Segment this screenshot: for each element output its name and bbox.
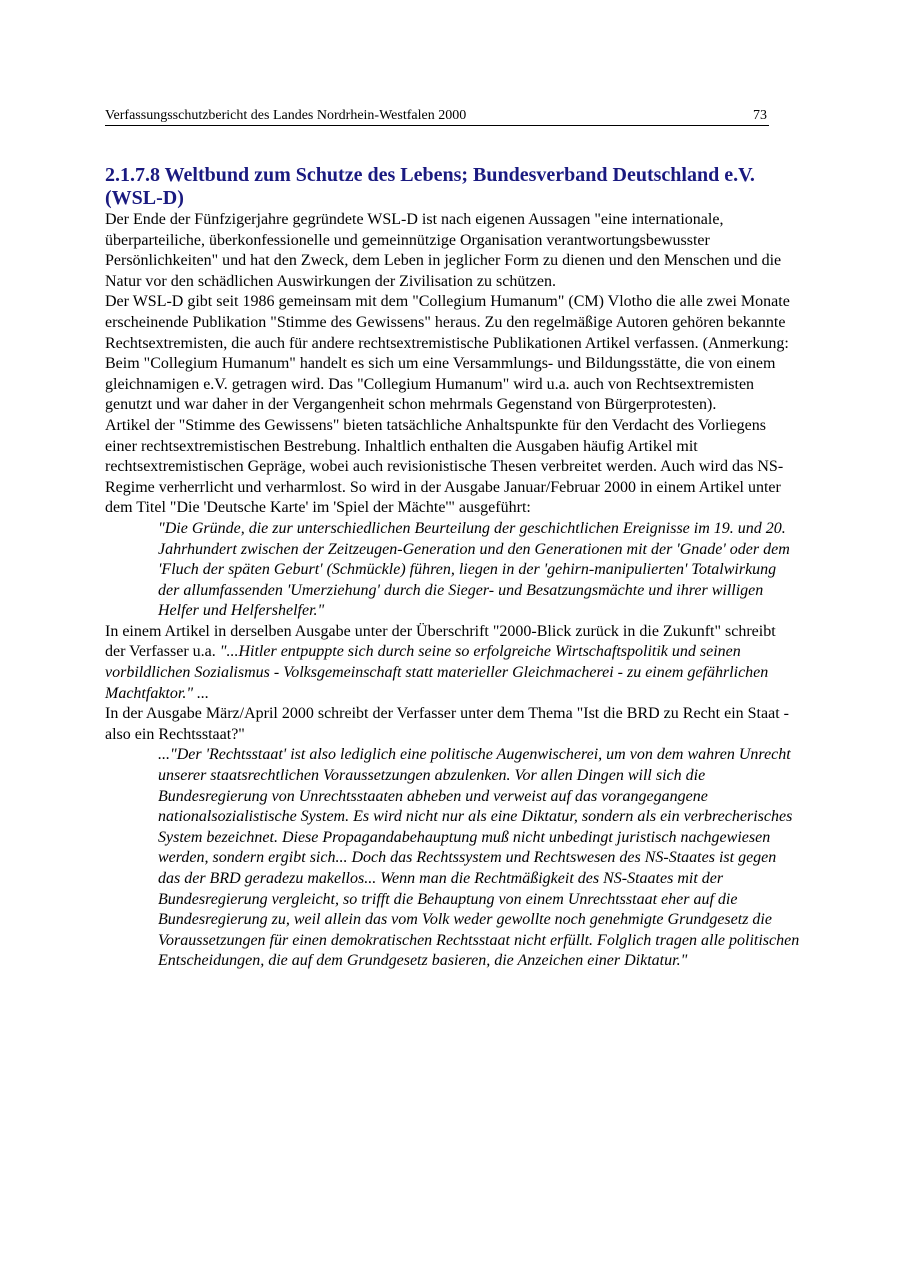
paragraph-articles: Artikel der "Stimme des Gewissens" biete… bbox=[105, 416, 800, 519]
paragraph-intro: Der Ende der Fünfzigerjahre gegründete W… bbox=[105, 210, 800, 292]
paragraph-2000-blick: In einem Artikel in derselben Ausgabe un… bbox=[105, 622, 800, 704]
document-body: 2.1.7.8 Weltbund zum Schutze des Lebens;… bbox=[105, 164, 805, 972]
header-title: Verfassungsschutzbericht des Landes Nord… bbox=[105, 107, 466, 125]
page-number: 73 bbox=[753, 107, 767, 125]
running-header: Verfassungsschutzbericht des Landes Nord… bbox=[105, 107, 769, 126]
section-heading: 2.1.7.8 Weltbund zum Schutze des Lebens;… bbox=[105, 164, 795, 210]
paragraph-publication: Der WSL-D gibt seit 1986 gemeinsam mit d… bbox=[105, 292, 800, 416]
block-quote-rechtsstaat: ..."Der 'Rechtsstaat' ist also lediglich… bbox=[158, 745, 800, 972]
paragraph-maerz-april: In der Ausgabe März/April 2000 schreibt … bbox=[105, 704, 800, 745]
block-quote-deutsche-karte: "Die Gründe, die zur unterschiedlichen B… bbox=[158, 519, 800, 622]
